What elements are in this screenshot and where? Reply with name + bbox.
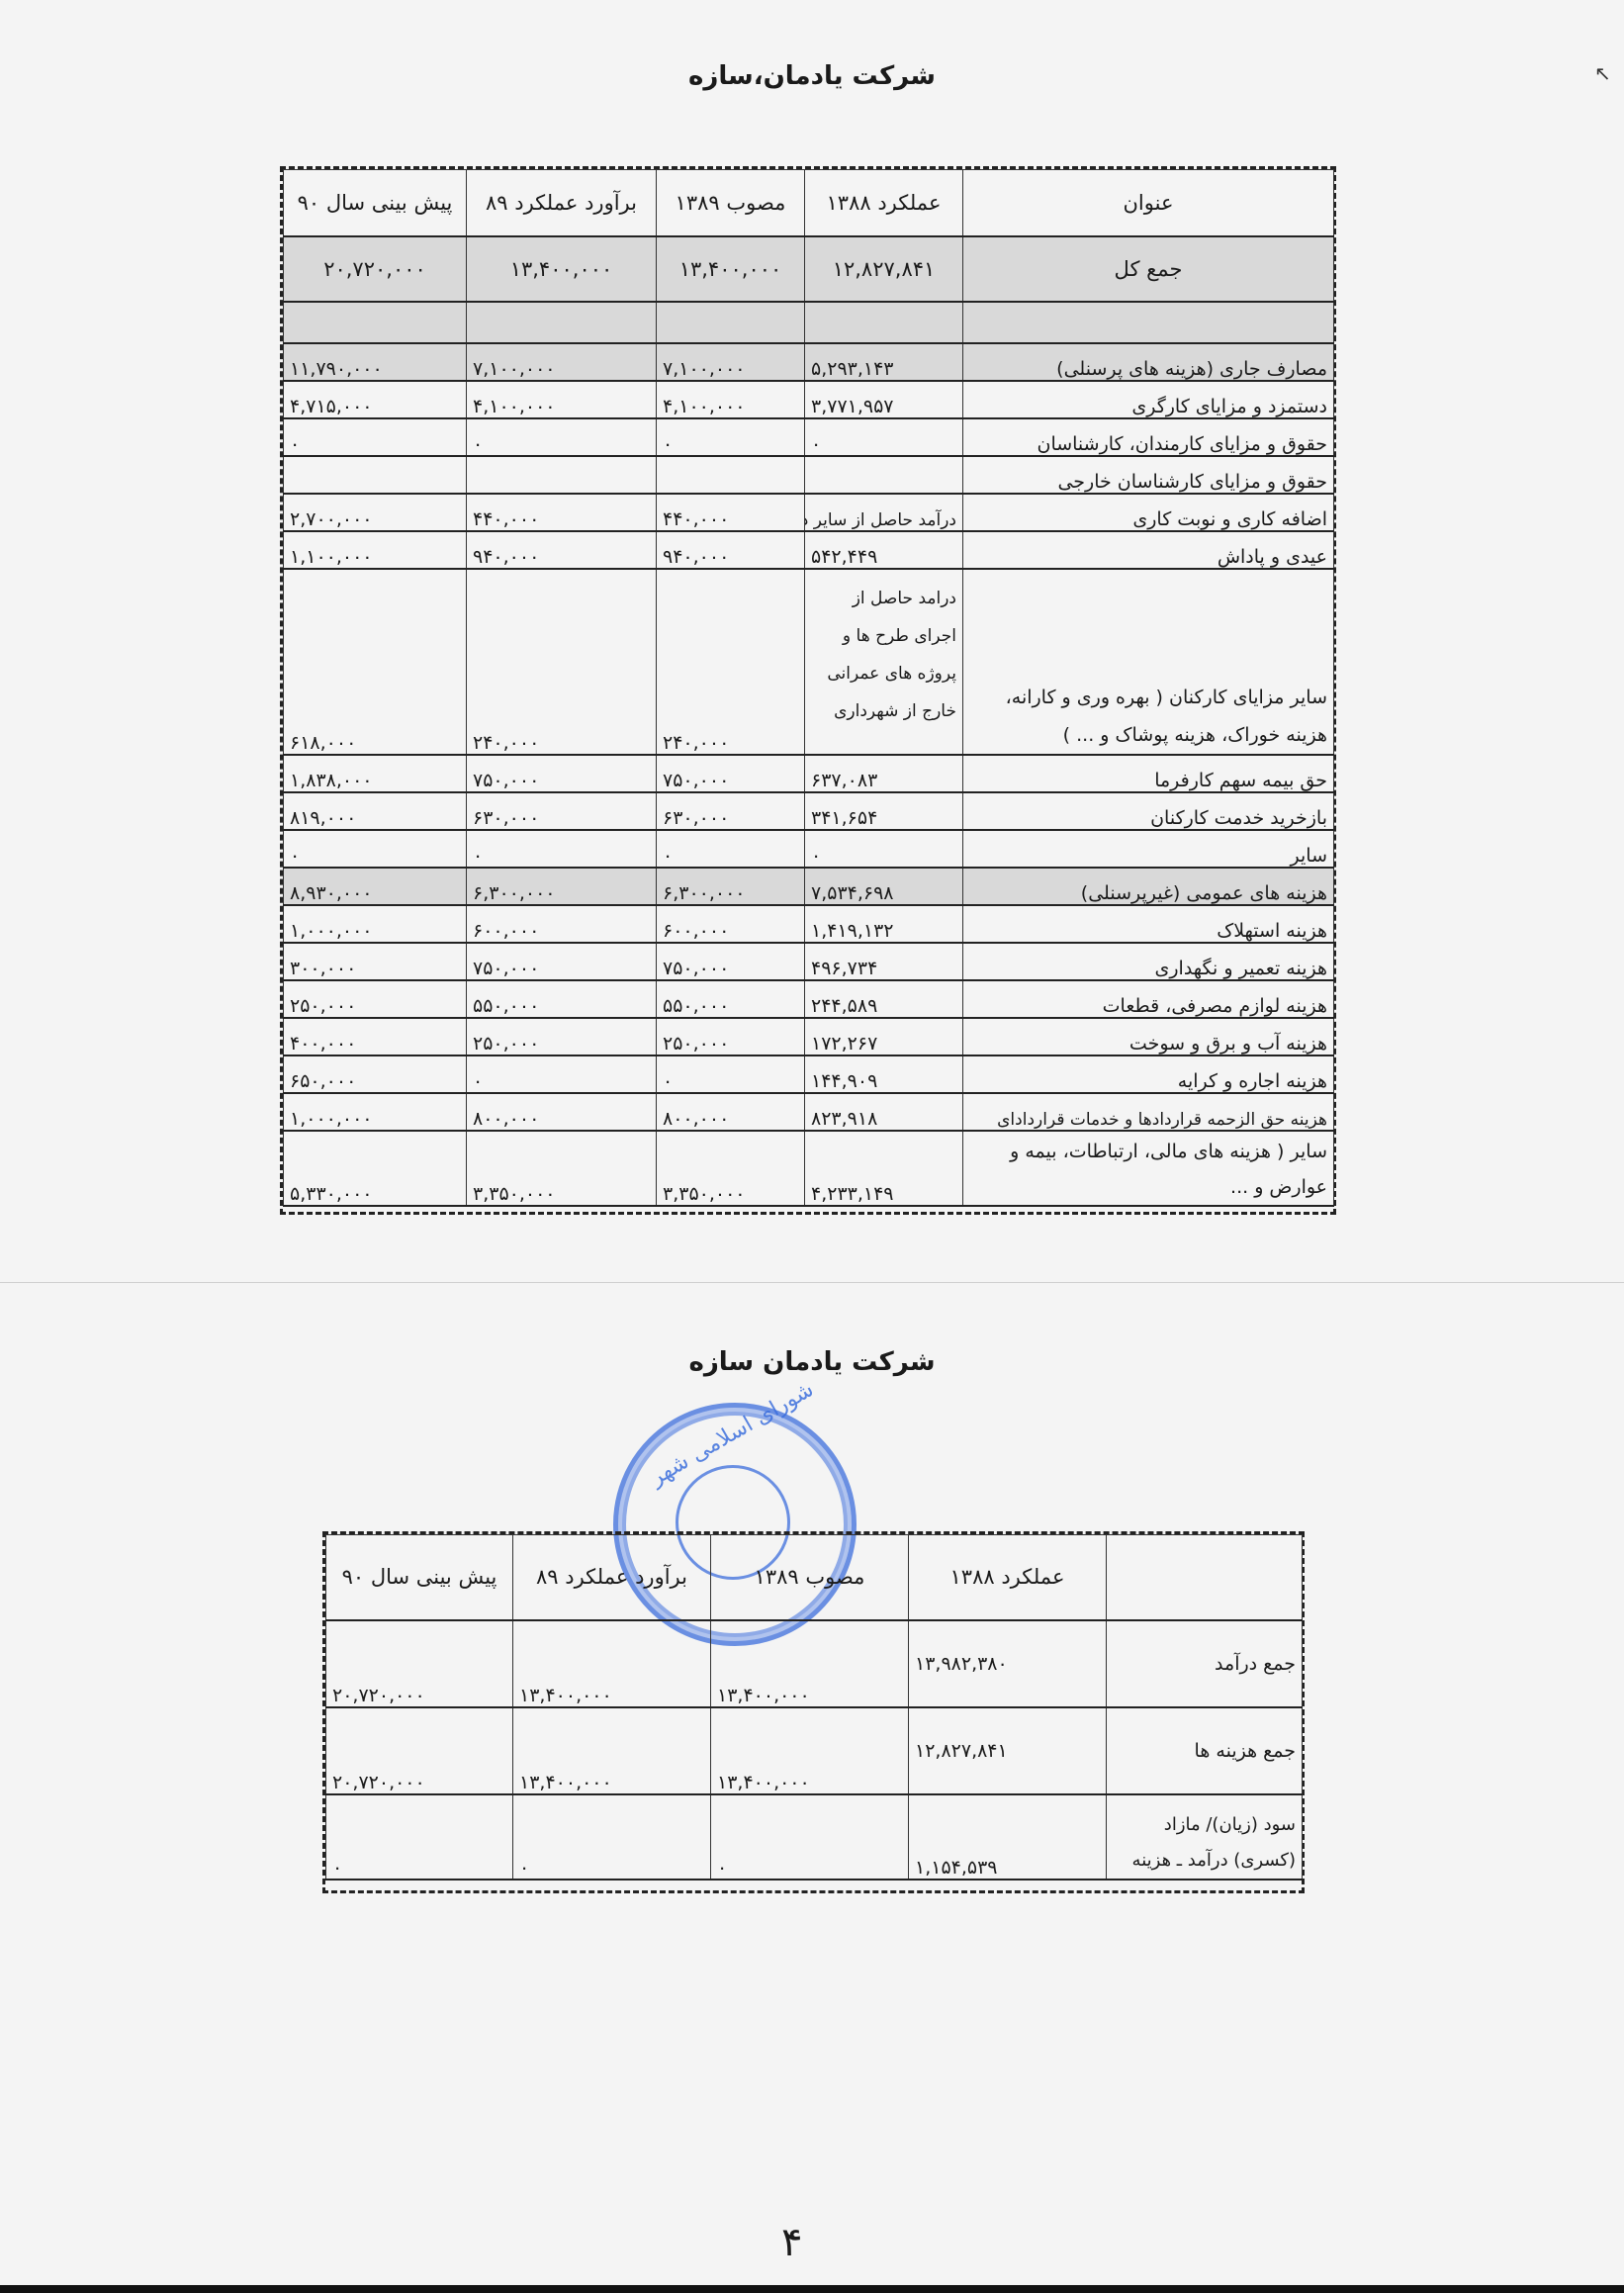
col-header-estimate-89: برآورد عملکرد ۸۹ bbox=[467, 170, 657, 237]
grand-total-label: جمع کل bbox=[963, 236, 1334, 302]
cell: ۰ bbox=[284, 830, 467, 868]
table-row: حق بیمه سهم کارفرما ۶۳۷,۰۸۳ ۷۵۰,۰۰۰ ۷۵۰,… bbox=[284, 755, 1334, 792]
table-row: حقوق و مزایای کارمندان، کارشناسان ۰ ۰ ۰ … bbox=[284, 418, 1334, 456]
cell: ۰ bbox=[467, 1055, 657, 1093]
cell: ۰ bbox=[467, 418, 657, 456]
col-header-forecast-90: پیش بینی سال ۹۰ bbox=[284, 170, 467, 237]
cell: ۲۵۰,۰۰۰ bbox=[657, 1018, 805, 1055]
row-label: حقوق و مزایای کارمندان، کارشناسان bbox=[963, 418, 1334, 456]
cell-note: درامد حاصل از اجرای طرح ها و پروژه های ع… bbox=[805, 569, 963, 755]
cell: ۳,۷۷۱,۹۵۷ bbox=[805, 381, 963, 418]
row-label: سود (زیان)/ مازاد (کسری) درآمد ـ هزینه bbox=[1107, 1794, 1303, 1880]
cell: ۶۱۸,۰۰۰ bbox=[284, 569, 467, 755]
cell: ۱۴۴,۹۰۹ bbox=[805, 1055, 963, 1093]
col-header-title bbox=[1107, 1535, 1303, 1620]
table-row: بازخرید خدمت کارکنان ۳۴۱,۶۵۴ ۶۳۰,۰۰۰ ۶۳۰… bbox=[284, 792, 1334, 830]
row-label: جمع درآمد bbox=[1107, 1620, 1303, 1707]
cell: ۱۳,۴۰۰,۰۰۰ bbox=[711, 1707, 909, 1794]
row-label: دستمزد و مزایای کارگری bbox=[963, 381, 1334, 418]
col-header-approved-1389: مصوب ۱۳۸۹ bbox=[657, 170, 805, 237]
row-label: هزینه حق الزحمه قراردادها و خدمات قراردا… bbox=[963, 1093, 1334, 1131]
cell: ۷۵۰,۰۰۰ bbox=[657, 755, 805, 792]
cell: ۶,۳۰۰,۰۰۰ bbox=[657, 868, 805, 905]
cell: ۱۷۲,۲۶۷ bbox=[805, 1018, 963, 1055]
grand-total-row: جمع کل ۱۲,۸۲۷,۸۴۱ ۱۳,۴۰۰,۰۰۰ ۱۳,۴۰۰,۰۰۰ … bbox=[284, 236, 1334, 302]
col-header-forecast-90: پیش بینی سال ۹۰ bbox=[326, 1535, 513, 1620]
table-row: هزینه حق الزحمه قراردادها و خدمات قراردا… bbox=[284, 1093, 1334, 1131]
row-label: هزینه استهلاک bbox=[963, 905, 1334, 943]
cell: ۱,۸۳۸,۰۰۰ bbox=[284, 755, 467, 792]
section1-title: شرکت یادمان،سازه bbox=[0, 61, 1624, 91]
cell: ۲۴۴,۵۸۹ bbox=[805, 980, 963, 1018]
summary-header-row: عملکرد ۱۳۸۸ مصوب ۱۳۸۹ برآورد عملکرد ۸۹ پ… bbox=[326, 1535, 1303, 1620]
cell: ۷۵۰,۰۰۰ bbox=[467, 755, 657, 792]
section2-title: شرکت یادمان سازه bbox=[0, 1347, 1624, 1377]
cell: ۹۴۰,۰۰۰ bbox=[657, 531, 805, 569]
cell: ۴۴۰,۰۰۰ bbox=[467, 494, 657, 531]
cell: ۰ bbox=[657, 1055, 805, 1093]
cell: ۶۵۰,۰۰۰ bbox=[284, 1055, 467, 1093]
cell: ۸۰۰,۰۰۰ bbox=[657, 1093, 805, 1131]
cell: ۴۰۰,۰۰۰ bbox=[284, 1018, 467, 1055]
col-header-estimate-89: برآورد عملکرد ۸۹ bbox=[513, 1535, 711, 1620]
cell: ۱,۰۰۰,۰۰۰ bbox=[284, 1093, 467, 1131]
table-row: هزینه اجاره و کرایه ۱۴۴,۹۰۹ ۰ ۰ ۶۵۰,۰۰۰ bbox=[284, 1055, 1334, 1093]
cell: ۱۲,۸۲۷,۸۴۱ bbox=[805, 236, 963, 302]
row-label: هزینه آب و برق و سوخت bbox=[963, 1018, 1334, 1055]
cell: ۰ bbox=[467, 830, 657, 868]
cell: ۵,۲۹۳,۱۴۳ bbox=[805, 343, 963, 381]
cell: ۰ bbox=[657, 830, 805, 868]
cell: ۱,۰۰۰,۰۰۰ bbox=[284, 905, 467, 943]
budget-table: عنوان عملکرد ۱۳۸۸ مصوب ۱۳۸۹ برآورد عملکر… bbox=[283, 169, 1334, 1207]
cell: ۶۳۰,۰۰۰ bbox=[467, 792, 657, 830]
cell: ۱۳,۹۸۲,۳۸۰ bbox=[909, 1620, 1107, 1707]
budget-table-frame: عنوان عملکرد ۱۳۸۸ مصوب ۱۳۸۹ برآورد عملکر… bbox=[280, 166, 1336, 1215]
cell: ۳۴۱,۶۵۴ bbox=[805, 792, 963, 830]
cell: ۱۳,۴۰۰,۰۰۰ bbox=[657, 236, 805, 302]
page-number: ۴ bbox=[781, 2220, 802, 2265]
table-row: دستمزد و مزایای کارگری ۳,۷۷۱,۹۵۷ ۴,۱۰۰,۰… bbox=[284, 381, 1334, 418]
cell: ۱۳,۴۰۰,۰۰۰ bbox=[711, 1620, 909, 1707]
cell: ۲۵۰,۰۰۰ bbox=[284, 980, 467, 1018]
cell: ۱۳,۴۰۰,۰۰۰ bbox=[513, 1707, 711, 1794]
cell: ۶,۳۰۰,۰۰۰ bbox=[467, 868, 657, 905]
cell: ۲,۷۰۰,۰۰۰ bbox=[284, 494, 467, 531]
cell: ۲۴۰,۰۰۰ bbox=[467, 569, 657, 755]
row-label: جمع هزینه ها bbox=[1107, 1707, 1303, 1794]
row-label: حقوق و مزایای کارشناسان خارجی bbox=[963, 456, 1334, 494]
table-row: هزینه استهلاک ۱,۴۱۹,۱۳۲ ۶۰۰,۰۰۰ ۶۰۰,۰۰۰ … bbox=[284, 905, 1334, 943]
scan-mark-icon: ↖ bbox=[1594, 61, 1611, 85]
table-row: هزینه تعمیر و نگهداری ۴۹۶,۷۳۴ ۷۵۰,۰۰۰ ۷۵… bbox=[284, 943, 1334, 980]
cell: ۰ bbox=[805, 830, 963, 868]
cell: ۸۱۹,۰۰۰ bbox=[284, 792, 467, 830]
header-row: عنوان عملکرد ۱۳۸۸ مصوب ۱۳۸۹ برآورد عملکر… bbox=[284, 170, 1334, 237]
row-label: عیدی و پاداش bbox=[963, 531, 1334, 569]
table-row: هزینه های عمومی (غیرپرسنلی) ۷,۵۳۴,۶۹۸ ۶,… bbox=[284, 868, 1334, 905]
cell: ۰ bbox=[805, 418, 963, 456]
row-label: سایر ( هزینه های مالی، ارتباطات، بیمه و … bbox=[963, 1131, 1334, 1206]
cell bbox=[657, 456, 805, 494]
cell: ۶۳۰,۰۰۰ bbox=[657, 792, 805, 830]
cell: ۶۰۰,۰۰۰ bbox=[467, 905, 657, 943]
cell: ۵,۳۳۰,۰۰۰ bbox=[284, 1131, 467, 1206]
cell bbox=[284, 456, 467, 494]
cell bbox=[467, 456, 657, 494]
cell: ۷,۱۰۰,۰۰۰ bbox=[657, 343, 805, 381]
cell: ۴,۱۰۰,۰۰۰ bbox=[657, 381, 805, 418]
table-row: هزینه آب و برق و سوخت ۱۷۲,۲۶۷ ۲۵۰,۰۰۰ ۲۵… bbox=[284, 1018, 1334, 1055]
table-row: سایر مزایای کارکنان ( بهره وری و کارانه،… bbox=[284, 569, 1334, 755]
cell: ۷,۱۰۰,۰۰۰ bbox=[467, 343, 657, 381]
cell: ۸,۹۳۰,۰۰۰ bbox=[284, 868, 467, 905]
cell: ۱۳,۴۰۰,۰۰۰ bbox=[467, 236, 657, 302]
cell: ۷۵۰,۰۰۰ bbox=[657, 943, 805, 980]
cell: ۲۰,۷۲۰,۰۰۰ bbox=[326, 1707, 513, 1794]
cell: ۱,۱۰۰,۰۰۰ bbox=[284, 531, 467, 569]
cell: ۱۲,۸۲۷,۸۴۱ bbox=[909, 1707, 1107, 1794]
cell: ۸۰۰,۰۰۰ bbox=[467, 1093, 657, 1131]
cell: ۴,۷۱۵,۰۰۰ bbox=[284, 381, 467, 418]
row-label: بازخرید خدمت کارکنان bbox=[963, 792, 1334, 830]
spacer-row bbox=[284, 302, 1334, 343]
cell: ۵۵۰,۰۰۰ bbox=[467, 980, 657, 1018]
cell: ۲۵۰,۰۰۰ bbox=[467, 1018, 657, 1055]
cell: ۴,۱۰۰,۰۰۰ bbox=[467, 381, 657, 418]
summary-table-frame: عملکرد ۱۳۸۸ مصوب ۱۳۸۹ برآورد عملکرد ۸۹ پ… bbox=[322, 1531, 1305, 1893]
table-row: سایر ۰ ۰ ۰ ۰ bbox=[284, 830, 1334, 868]
cell: ۷,۵۳۴,۶۹۸ bbox=[805, 868, 963, 905]
scan-edge bbox=[0, 2285, 1624, 2293]
cell: ۷۵۰,۰۰۰ bbox=[467, 943, 657, 980]
cell: ۰ bbox=[326, 1794, 513, 1880]
table-row: اضافه کاری و نوبت کاری درآمد حاصل از سای… bbox=[284, 494, 1334, 531]
cell: ۲۴۰,۰۰۰ bbox=[657, 569, 805, 755]
row-label: حق بیمه سهم کارفرما bbox=[963, 755, 1334, 792]
cell: ۱۱,۷۹۰,۰۰۰ bbox=[284, 343, 467, 381]
cell: ۱,۱۵۴,۵۳۹ bbox=[909, 1794, 1107, 1880]
row-label: اضافه کاری و نوبت کاری bbox=[963, 494, 1334, 531]
summary-row: جمع درآمد ۱۳,۹۸۲,۳۸۰ ۱۳,۴۰۰,۰۰۰ ۱۳,۴۰۰,۰… bbox=[326, 1620, 1303, 1707]
cell: ۴,۲۳۳,۱۴۹ bbox=[805, 1131, 963, 1206]
row-label: مصارف جاری (هزینه های پرسنلی) bbox=[963, 343, 1334, 381]
col-header-actual-1388: عملکرد ۱۳۸۸ bbox=[909, 1535, 1107, 1620]
cell: ۱,۴۱۹,۱۳۲ bbox=[805, 905, 963, 943]
table-row: سایر ( هزینه های مالی، ارتباطات، بیمه و … bbox=[284, 1131, 1334, 1206]
table-row: هزینه لوازم مصرفی، قطعات ۲۴۴,۵۸۹ ۵۵۰,۰۰۰… bbox=[284, 980, 1334, 1018]
cell: ۲۰,۷۲۰,۰۰۰ bbox=[284, 236, 467, 302]
col-header-title: عنوان bbox=[963, 170, 1334, 237]
table-row: مصارف جاری (هزینه های پرسنلی) ۵,۲۹۳,۱۴۳ … bbox=[284, 343, 1334, 381]
row-label: هزینه تعمیر و نگهداری bbox=[963, 943, 1334, 980]
cell: ۰ bbox=[284, 418, 467, 456]
cell: درآمد حاصل از سایر دا bbox=[805, 494, 963, 531]
summary-table: عملکرد ۱۳۸۸ مصوب ۱۳۸۹ برآورد عملکرد ۸۹ پ… bbox=[325, 1534, 1303, 1880]
summary-row: جمع هزینه ها ۱۲,۸۲۷,۸۴۱ ۱۳,۴۰۰,۰۰۰ ۱۳,۴۰… bbox=[326, 1707, 1303, 1794]
cell: ۳,۳۵۰,۰۰۰ bbox=[657, 1131, 805, 1206]
cell: ۹۴۰,۰۰۰ bbox=[467, 531, 657, 569]
cell: ۰ bbox=[657, 418, 805, 456]
cell: ۶۳۷,۰۸۳ bbox=[805, 755, 963, 792]
table-row: حقوق و مزایای کارشناسان خارجی bbox=[284, 456, 1334, 494]
cell: ۵۴۲,۴۴۹ bbox=[805, 531, 963, 569]
cell: ۸۲۳,۹۱۸ bbox=[805, 1093, 963, 1131]
col-header-actual-1388: عملکرد ۱۳۸۸ bbox=[805, 170, 963, 237]
cell: ۳۰۰,۰۰۰ bbox=[284, 943, 467, 980]
cell: ۵۵۰,۰۰۰ bbox=[657, 980, 805, 1018]
row-label: سایر مزایای کارکنان ( بهره وری و کارانه،… bbox=[963, 569, 1334, 755]
cell bbox=[805, 456, 963, 494]
table-row: عیدی و پاداش ۵۴۲,۴۴۹ ۹۴۰,۰۰۰ ۹۴۰,۰۰۰ ۱,۱… bbox=[284, 531, 1334, 569]
fold-line bbox=[0, 1282, 1624, 1283]
row-label: هزینه لوازم مصرفی، قطعات bbox=[963, 980, 1334, 1018]
summary-row: سود (زیان)/ مازاد (کسری) درآمد ـ هزینه ۱… bbox=[326, 1794, 1303, 1880]
cell: ۱۳,۴۰۰,۰۰۰ bbox=[513, 1620, 711, 1707]
row-label: هزینه های عمومی (غیرپرسنلی) bbox=[963, 868, 1334, 905]
cell: ۳,۳۵۰,۰۰۰ bbox=[467, 1131, 657, 1206]
cell: ۰ bbox=[513, 1794, 711, 1880]
cell: ۴۹۶,۷۳۴ bbox=[805, 943, 963, 980]
cell: ۲۰,۷۲۰,۰۰۰ bbox=[326, 1620, 513, 1707]
cell: ۶۰۰,۰۰۰ bbox=[657, 905, 805, 943]
col-header-approved-1389: مصوب ۱۳۸۹ bbox=[711, 1535, 909, 1620]
cell: ۴۴۰,۰۰۰ bbox=[657, 494, 805, 531]
row-label: سایر bbox=[963, 830, 1334, 868]
cell: ۰ bbox=[711, 1794, 909, 1880]
row-label: هزینه اجاره و کرایه bbox=[963, 1055, 1334, 1093]
